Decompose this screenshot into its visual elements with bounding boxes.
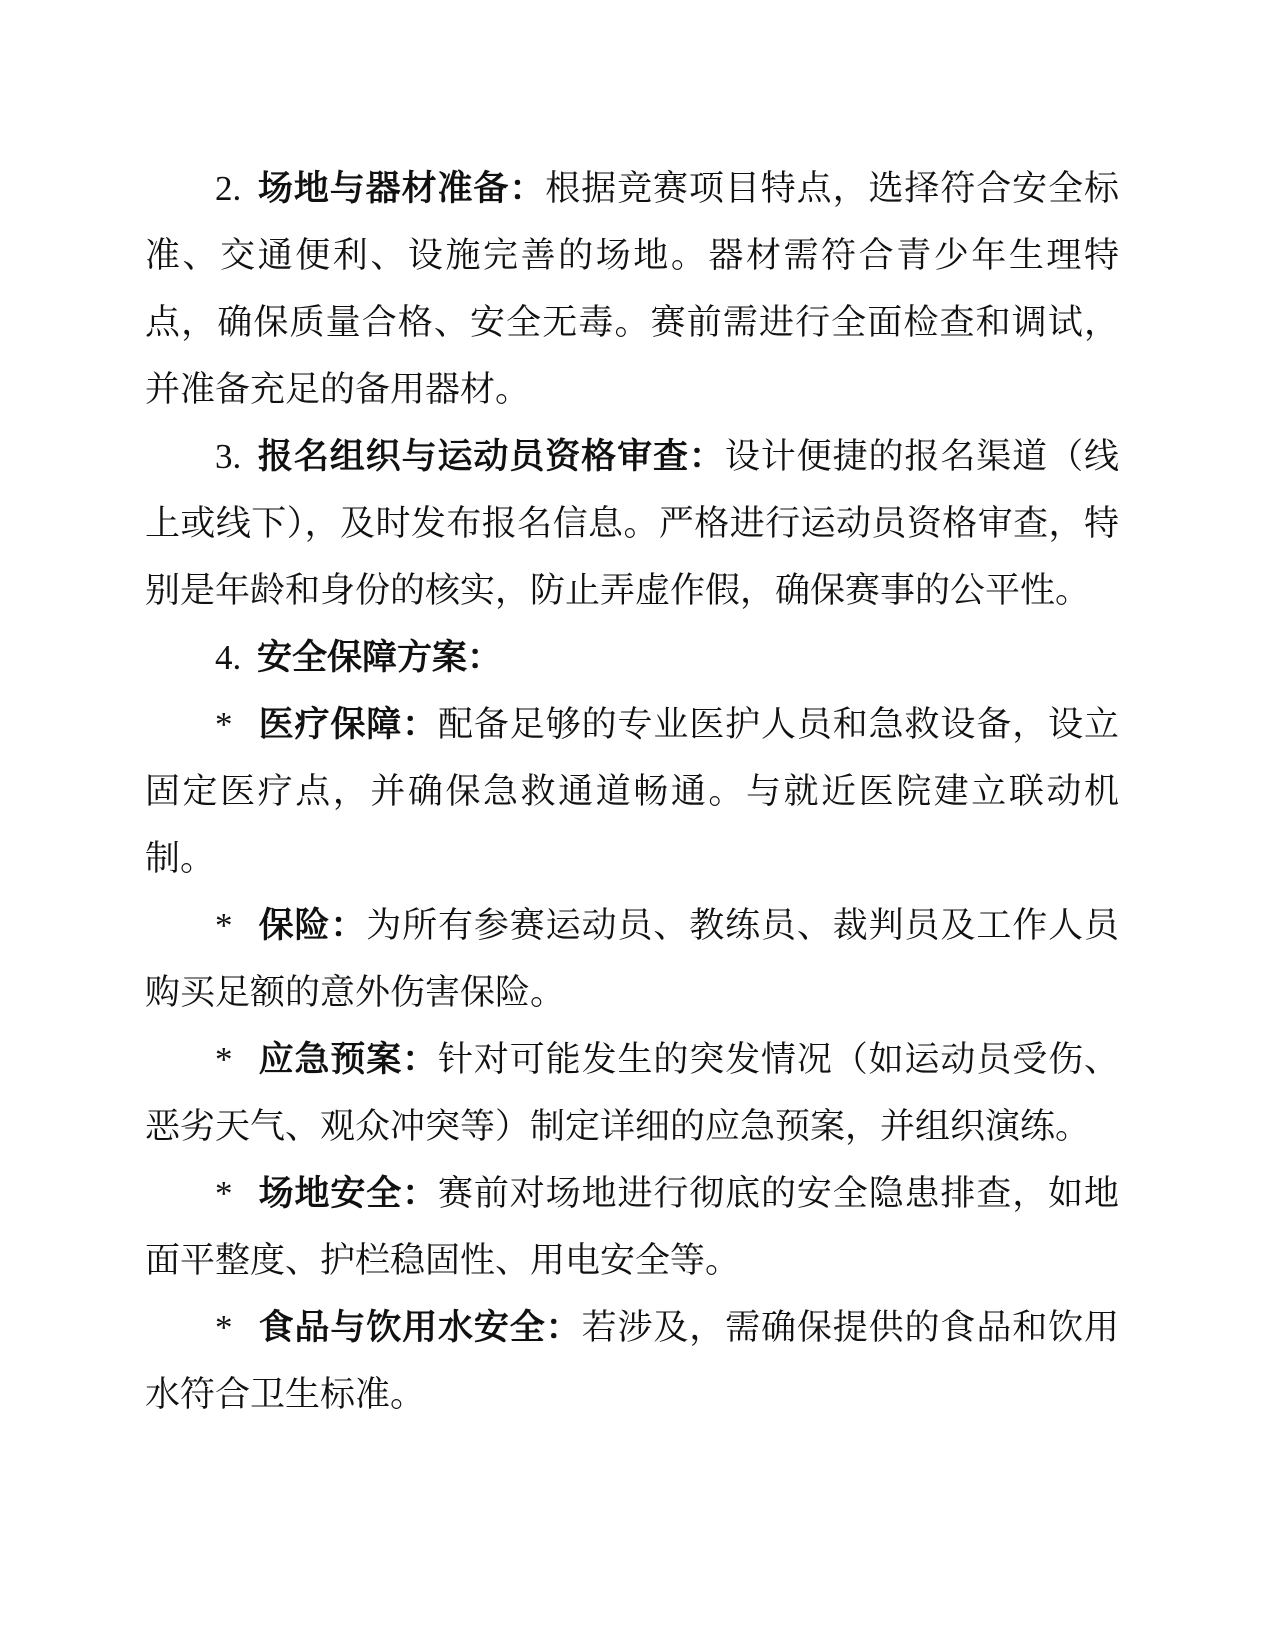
item-title: 食品与饮用水安全：	[258, 1308, 582, 1347]
item-title: 报名组织与运动员资格审查：	[257, 437, 725, 476]
bullet-asterisk: *	[215, 1040, 233, 1079]
paragraph-insurance: *保险：为所有参赛运动员、教练员、裁判员及工作人员购买足额的意外伤害保险。	[145, 892, 1119, 1026]
item-title: 医疗保障：	[258, 705, 438, 744]
bullet-asterisk: *	[215, 705, 233, 744]
paragraph-registration: 3.报名组织与运动员资格审查：设计便捷的报名渠道（线上或线下），及时发布报名信息…	[145, 423, 1119, 624]
item-title: 场地安全：	[258, 1174, 438, 1213]
item-number: 4.	[215, 638, 241, 677]
item-number: 3.	[215, 437, 241, 476]
bullet-asterisk: *	[215, 1308, 233, 1347]
paragraph-food-water-safety: *食品与饮用水安全：若涉及，需确保提供的食品和饮用水符合卫生标准。	[145, 1294, 1119, 1428]
item-number: 2.	[215, 169, 241, 208]
item-title: 保险：	[258, 906, 367, 945]
paragraph-venue-equipment: 2.场地与器材准备：根据竞赛项目特点，选择符合安全标准、交通便利、设施完善的场地…	[145, 155, 1119, 423]
document-page: 2.场地与器材准备：根据竞赛项目特点，选择符合安全标准、交通便利、设施完善的场地…	[0, 0, 1275, 1650]
item-title: 安全保障方案：	[257, 638, 502, 677]
bullet-asterisk: *	[215, 906, 233, 945]
document-content: 2.场地与器材准备：根据竞赛项目特点，选择符合安全标准、交通便利、设施完善的场地…	[145, 155, 1119, 1428]
paragraph-venue-safety: *场地安全：赛前对场地进行彻底的安全隐患排查，如地面平整度、护栏稳固性、用电安全…	[145, 1160, 1119, 1294]
paragraph-medical-support: *医疗保障：配备足够的专业医护人员和急救设备，设立固定医疗点，并确保急救通道畅通…	[145, 691, 1119, 892]
item-title: 场地与器材准备：	[257, 169, 545, 208]
paragraph-emergency-plan: *应急预案：针对可能发生的突发情况（如运动员受伤、恶劣天气、观众冲突等）制定详细…	[145, 1026, 1119, 1160]
paragraph-safety-plan-heading: 4.安全保障方案：	[145, 624, 1119, 691]
bullet-asterisk: *	[215, 1174, 233, 1213]
item-title: 应急预案：	[258, 1040, 438, 1079]
